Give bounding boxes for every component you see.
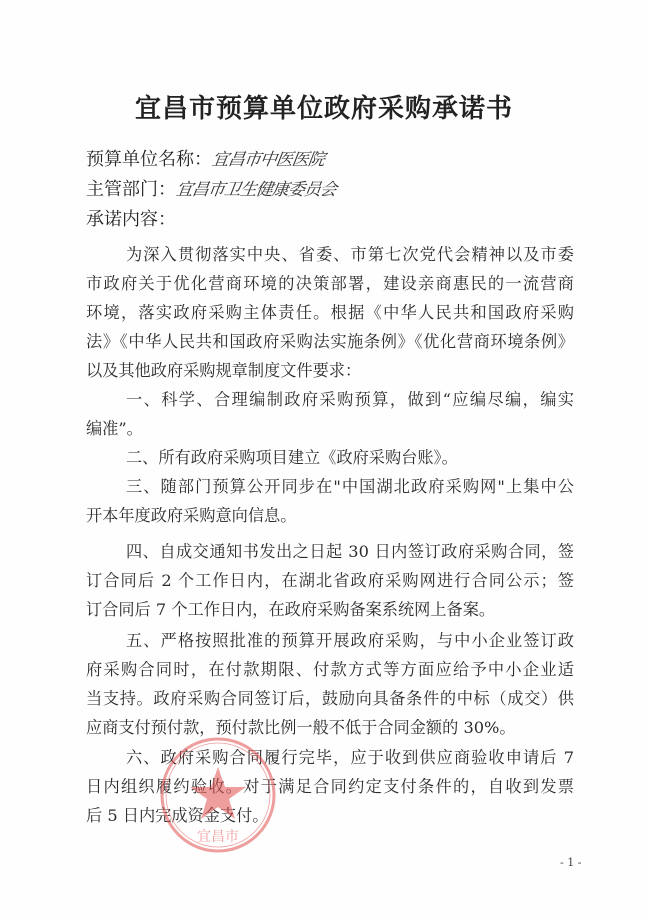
unit-name-row: 预算单位名称：宜昌市中医医院 <box>86 147 324 173</box>
body-line: 市政府关于优化营商环境的决策部署，建设亲商惠民的一流营商 <box>86 269 574 298</box>
document-title: 宜昌市预算单位政府采购承诺书 <box>0 88 648 125</box>
body-line: 以及其他政府采购规章制度文件要求： <box>86 356 574 385</box>
body-line: 法》《中华人民共和国政府采购法实施条例》《优化营商环境条例》 <box>86 327 574 356</box>
clause-1-line: 一、科学、合理编制政府采购预算，做到“应编尽编，编实 <box>126 385 574 414</box>
content-label: 承诺内容： <box>86 209 176 230</box>
clause-3-line: 三、随部门预算公开同步在"中国湖北政府采购网"上集中公 <box>126 472 574 501</box>
department-handwritten: 宜昌市卫生健康委员会 <box>174 177 338 203</box>
content-label-row: 承诺内容： <box>86 207 176 233</box>
clause-4-line: 订合同后 2 个工作日内，在湖北省政府采购网进行合同公示；签 <box>86 566 574 595</box>
page-number: - 1 - <box>560 856 581 869</box>
unit-name-label: 预算单位名称： <box>86 149 212 170</box>
department-row: 主管部门：宜昌市卫生健康委员会 <box>86 177 336 203</box>
clause-6-line: 后 5 日内完成资金支付。 <box>86 801 574 830</box>
document-page: 宜昌市预算单位政府采购承诺书 预算单位名称：宜昌市中医医院 主管部门：宜昌市卫生… <box>0 0 648 919</box>
clause-4-line: 订合同后 7 个工作日内，在政府采购备案系统网上备案。 <box>86 595 574 624</box>
body-line: 为深入贯彻落实中央、省委、市第七次党代会精神以及市委 <box>126 240 574 269</box>
clause-2-line: 二、所有政府采购项目建立《政府采购台账》。 <box>126 443 574 472</box>
clause-4-line: 四、自成交通知书发出之日起 30 日内签订政府采购合同，签 <box>126 537 574 566</box>
unit-name-handwritten: 宜昌市中医医院 <box>210 147 326 173</box>
department-label: 主管部门： <box>86 179 176 200</box>
body-line: 环境，落实政府采购主体责任。根据《中华人民共和国政府采购 <box>86 298 574 327</box>
clause-6-line: 六、政府采购合同履行完毕，应于收到供应商验收申请后 7 <box>126 743 574 772</box>
clause-1-line: 编准”。 <box>86 414 574 443</box>
svg-text:宜昌市: 宜昌市 <box>197 829 239 845</box>
clause-5-line: 五、严格按照批准的预算开展政府采购，与中小企业签订政 <box>126 626 574 655</box>
clause-5-line: 府采购合同时，在付款期限、付款方式等方面应给予中小企业适 <box>86 655 574 684</box>
clause-3-line: 开本年度政府采购意向信息。 <box>86 501 574 530</box>
clause-5-line: 当支持。政府采购合同签订后，鼓励向具备条件的中标（成交）供 <box>86 684 574 713</box>
clause-5-line: 应商支付预付款，预付款比例一般不低于合同金额的 30%。 <box>86 713 574 742</box>
clause-6-line: 日内组织履约验收。对于满足合同约定支付条件的，自收到发票 <box>86 772 574 801</box>
